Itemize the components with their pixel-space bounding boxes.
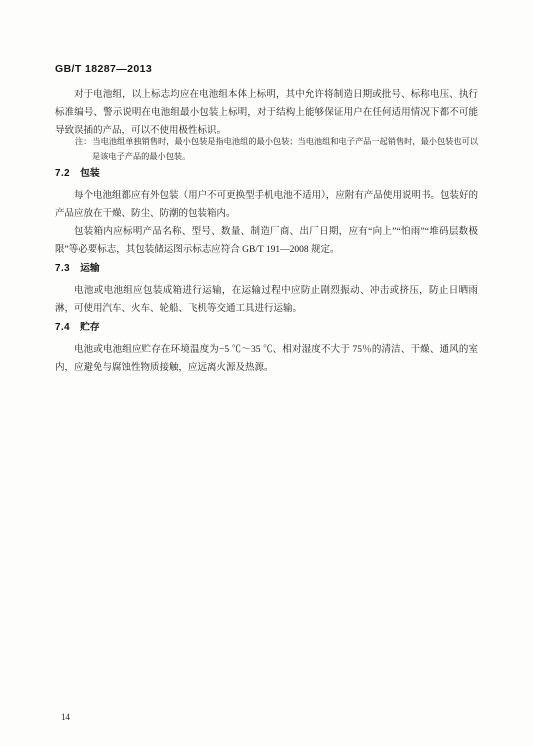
document-page: GB/T 18287—2013 对于电池组，以上标志均应在电池组本体上标明，其中… bbox=[0, 0, 533, 746]
section-transport: 7.3运输 电池或电池组应包装成箱进行运输，在运输过程中应防止剧烈振动、冲击或挤… bbox=[55, 262, 478, 318]
section-paragraph: 电池或电池组应贮存在环境温度为−5 ℃～35 ℃、相对湿度不大于 75％的清洁、… bbox=[55, 341, 478, 377]
section-title: 包装 bbox=[80, 168, 100, 179]
standard-code-header: GB/T 18287—2013 bbox=[55, 62, 478, 76]
section-paragraph: 包装箱内应标明产品名称、型号、数量、制造厂商、出厂日期，应有“向上”“怕雨”“堆… bbox=[55, 223, 478, 259]
section-number: 7.3 bbox=[55, 262, 70, 276]
section-paragraph: 每个电池组都应有外包装（用户不可更换型手机电池不适用），应附有产品使用说明书。包… bbox=[55, 187, 478, 223]
section-heading-storage: 7.4贮存 bbox=[55, 321, 478, 335]
section-storage: 7.4贮存 电池或电池组应贮存在环境温度为−5 ℃～35 ℃、相对湿度不大于 7… bbox=[55, 321, 478, 377]
section-paragraph: 电池或电池组应包装成箱进行运输，在运输过程中应防止剧烈振动、冲击或挤压，防止日晒… bbox=[55, 282, 478, 318]
section-title: 贮存 bbox=[80, 322, 100, 333]
section-number: 7.2 bbox=[55, 167, 70, 181]
note-text: 当电池组单独销售时，最小包装是指电池组的最小包装；当电池组和电子产品一起销售时，… bbox=[92, 137, 478, 161]
section-heading-packaging: 7.2包装 bbox=[55, 167, 478, 181]
intro-paragraph: 对于电池组，以上标志均应在电池组本体上标明，其中允许将制造日期或批号、标称电压、… bbox=[55, 86, 478, 140]
section-title: 运输 bbox=[80, 263, 100, 274]
section-number: 7.4 bbox=[55, 321, 70, 335]
page-number: 14 bbox=[61, 712, 70, 722]
section-packaging: 7.2包装 每个电池组都应有外包装（用户不可更换型手机电池不适用），应附有产品使… bbox=[55, 167, 478, 259]
note-label: 注： bbox=[75, 137, 92, 146]
section-heading-transport: 7.3运输 bbox=[55, 262, 478, 276]
note-block: 注：当电池组单独销售时，最小包装是指电池组的最小包装；当电池组和电子产品一起销售… bbox=[75, 135, 478, 164]
